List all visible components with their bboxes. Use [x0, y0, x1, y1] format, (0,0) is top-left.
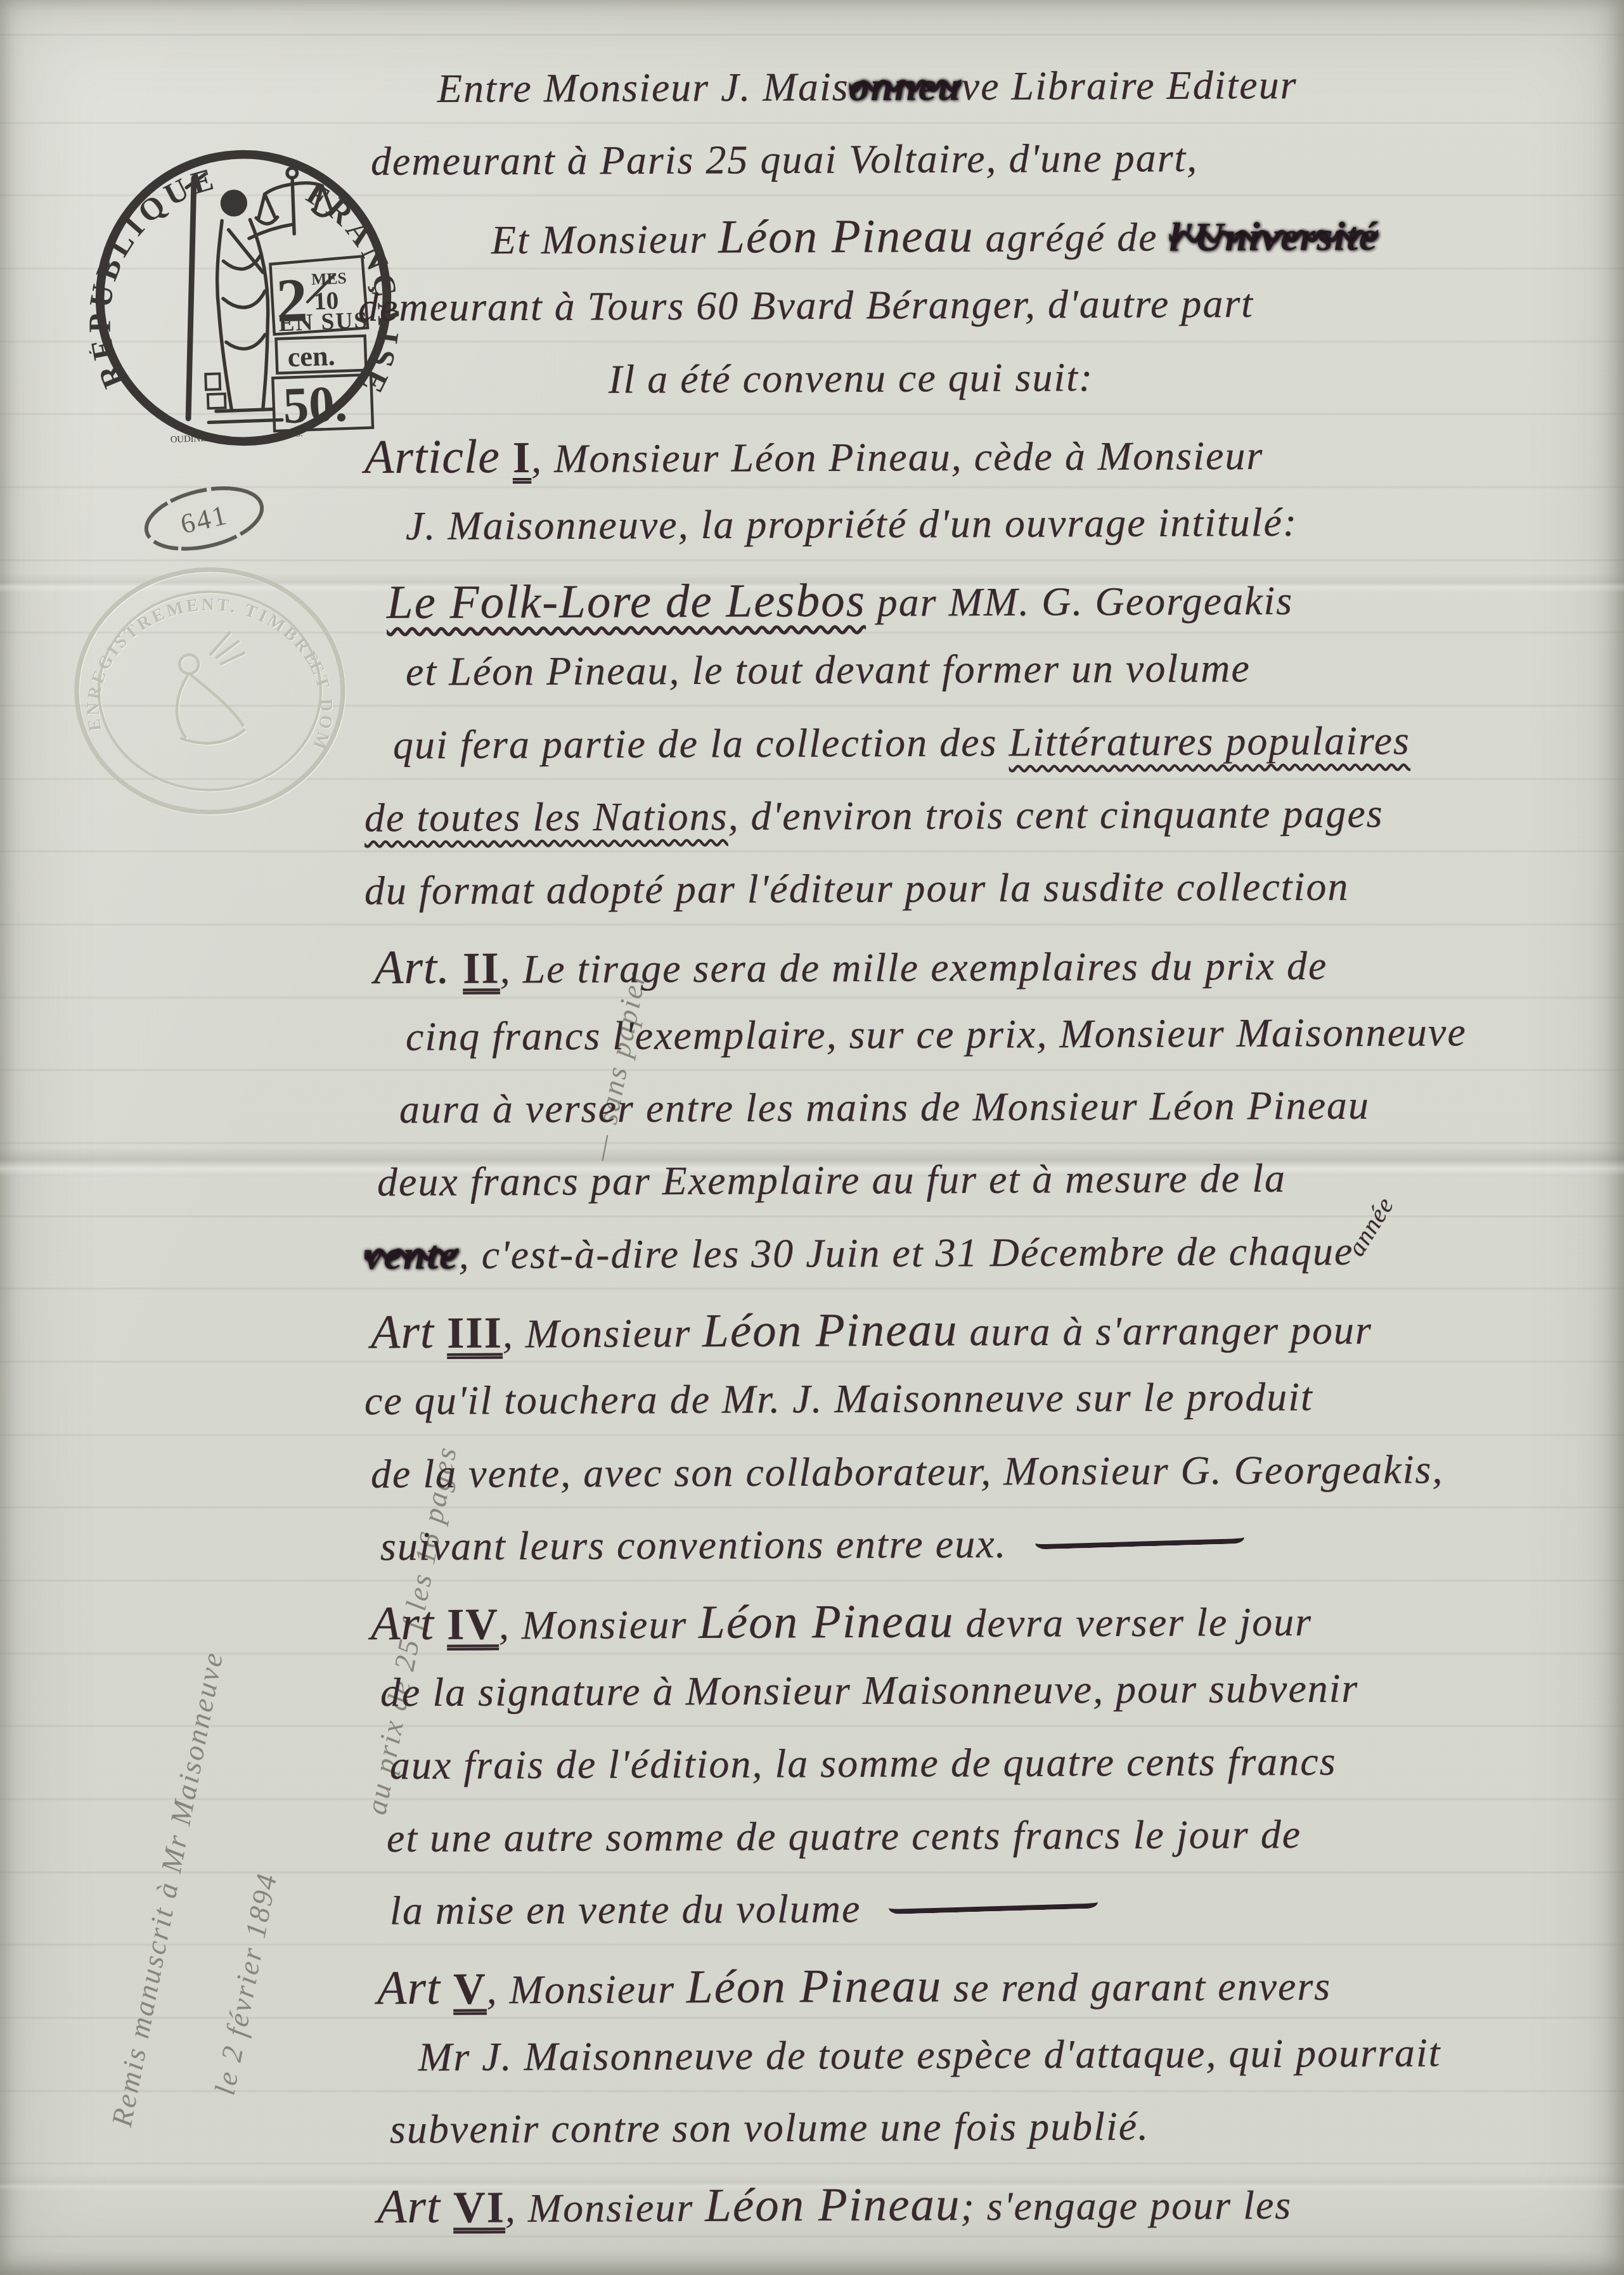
manuscript-text: et Léon Pineau, le tout devant former un… [406, 645, 1251, 694]
manuscript-text: suivant leurs conventions entre eux. [380, 1521, 1019, 1569]
manuscript-text: VI [453, 2183, 505, 2232]
manuscript-text: Léon Pineau [718, 210, 974, 264]
manuscript-text: Léon Pineau [702, 1303, 958, 1357]
svg-text:ENREGISTREMENT. TIMBRE E: ENREGISTREMENT. TIMBRE ET DOMAINES [61, 558, 336, 754]
manuscript-line: Art III, Monsieur Léon Pineau aura à s'a… [371, 1301, 1372, 1360]
stamp-value-sup: MES [311, 269, 347, 288]
manuscript-line: la mise en vente du volume [390, 1885, 1099, 1935]
manuscript-text: de la signature à Monsieur Maisonneuve, … [380, 1666, 1359, 1715]
manuscript-text: IV [447, 1600, 499, 1649]
manuscript-line: cinq francs l'exemplaire, sur ce prix, M… [406, 1009, 1467, 1060]
manuscript-text: Et Monsieur [491, 216, 718, 262]
manuscript-text: ve Libraire Editeur [962, 62, 1298, 108]
manuscript-page: RÉPUBLIQUE FRANÇAISE 2 MES 10 EN SUS cen… [0, 0, 1624, 2275]
manuscript-text: agrégé de [974, 214, 1169, 260]
manuscript-text: aura à verser entre les mains de Monsieu… [399, 1083, 1370, 1132]
manuscript-text: qui fera partie de la collection des [393, 719, 1009, 767]
manuscript-text: Littératures populaires [1009, 718, 1410, 764]
manuscript-text: III [447, 1309, 503, 1358]
manuscript-line: et une autre somme de quatre cents franc… [387, 1811, 1301, 1862]
manuscript-text: , Monsieur Léon Pineau, cède à Monsieur [531, 433, 1263, 481]
manuscript-text: la mise en vente du volume [390, 1886, 873, 1933]
manuscript-text: l'Université [1169, 214, 1378, 259]
manuscript-line: du format adopté par l'éditeur pour la s… [364, 863, 1350, 915]
manuscript-line: Art. II, Le tirage sera de mille exempla… [374, 936, 1328, 996]
manuscript-line: de toutes les Nations, d'environ trois c… [364, 790, 1384, 841]
manuscript-text: , Monsieur [487, 1966, 687, 2012]
manuscript-text: Mr J. Maisonneuve de toute espèce d'atta… [418, 2030, 1441, 2079]
manuscript-text: Art [377, 2180, 453, 2234]
manuscript-line: Entre Monsieur J. Maisonneuve Libraire E… [437, 61, 1298, 112]
manuscript-line: Mr J. Maisonneuve de toute espèce d'atta… [418, 2029, 1441, 2080]
manuscript-text: , c'est-à-dire les 30 Juin et 31 Décembr… [458, 1228, 1365, 1277]
manuscript-line: de la signature à Monsieur Maisonneuve, … [380, 1665, 1359, 1717]
manuscript-text: Art [371, 1305, 447, 1359]
manuscript-text: , Le tirage sera de mille exemplaires du… [499, 943, 1327, 992]
manuscript-text: Léon Pineau [699, 1595, 955, 1649]
flourish-dash [1034, 1531, 1244, 1549]
manuscript-text: II [463, 944, 500, 993]
manuscript-line: et Léon Pineau, le tout devant former un… [406, 645, 1251, 695]
manuscript-text: Léon Pineau [705, 2178, 961, 2232]
manuscript-text: par MM. G. Georgeakis [866, 578, 1294, 625]
flourish-dash [889, 1896, 1098, 1914]
manuscript-line: deux francs par Exemplaire au fur et à m… [377, 1155, 1286, 1206]
manuscript-line: Le Folk-Lore de Lesbos par MM. G. George… [387, 572, 1294, 630]
manuscript-text: V [453, 1965, 487, 2014]
manuscript-text: aux frais de l'édition, la somme de quat… [390, 1739, 1337, 1788]
manuscript-text: vente [364, 1232, 459, 1278]
manuscript-text: demeurant à Paris 25 quai Voltaire, d'un… [371, 135, 1199, 184]
manuscript-text: , d'environ trois cent cinquante pages [728, 790, 1383, 839]
manuscript-text: Art. [374, 941, 463, 995]
manuscript-line: suivant leurs conventions entre eux. [380, 1519, 1244, 1570]
manuscript-text: demeurant à Tours 60 Bvard Béranger, d'a… [358, 281, 1254, 330]
manuscript-line: demeurant à Paris 25 quai Voltaire, d'un… [371, 134, 1199, 185]
stamp-ring-left-text: RÉPUBLIQUE [82, 160, 228, 394]
manuscript-text: Le Folk-Lore de Lesbos [387, 574, 866, 629]
revenue-stamp: RÉPUBLIQUE FRANÇAISE 2 MES 10 EN SUS cen… [82, 129, 405, 467]
manuscript-text: Il a été convenu ce qui suit: [609, 354, 1094, 401]
manuscript-text: Entre Monsieur J. Mais [437, 64, 849, 111]
stamp-value-mid: EN SUS [278, 307, 369, 337]
manuscript-text: devra verser le jour [954, 1599, 1312, 1646]
manuscript-line: Article I, Monsieur Léon Pineau, cède à … [364, 426, 1264, 485]
manuscript-text: onneu [849, 63, 961, 109]
manuscript-line: ce qu'il touchera de Mr. J. Maisonneuve … [364, 1374, 1313, 1425]
manuscript-text: , Monsieur [499, 1602, 699, 1647]
stamp-value-unit: cen. [287, 340, 336, 373]
manuscript-text: aura à s'arranger pour [958, 1308, 1372, 1355]
stamp-engraver-left: OUDINE [170, 434, 206, 445]
manuscript-text: et une autre somme de quatre cents franc… [387, 1812, 1301, 1860]
manuscript-text: cinq francs l'exemplaire, sur ce prix, M… [406, 1009, 1467, 1059]
manuscript-line: aux frais de l'édition, la somme de quat… [390, 1738, 1337, 1789]
manuscript-text: subvenir contre son volume une fois publ… [390, 2103, 1149, 2151]
manuscript-text: de toutes les Nations [364, 794, 728, 841]
manuscript-line: vente, c'est-à-dire les 30 Juin et 31 Dé… [364, 1227, 1429, 1279]
manuscript-text: année [1341, 1192, 1400, 1261]
manuscript-line: demeurant à Tours 60 Bvard Béranger, d'a… [358, 280, 1254, 331]
manuscript-text: ce qu'il touchera de Mr. J. Maisonneuve … [364, 1374, 1313, 1424]
manuscript-line: aura à verser entre les mains de Monsieu… [399, 1082, 1370, 1133]
seated-figure-icon [177, 632, 245, 744]
stamp-value-amount: 50. [282, 375, 349, 434]
manuscript-text: de la vente, avec son collaborateur, Mon… [371, 1447, 1444, 1496]
manuscript-text: ; s'engage pour les [960, 2182, 1292, 2229]
manuscript-text: I [513, 434, 532, 482]
manuscript-text: du format adopté par l'éditeur pour la s… [364, 864, 1350, 913]
control-number: 641 [177, 499, 231, 540]
manuscript-line: Art IV, Monsieur Léon Pineau devra verse… [371, 1592, 1312, 1651]
manuscript-line: Art VI, Monsieur Léon Pineau; s'engage p… [377, 2175, 1292, 2234]
manuscript-text: se rend garant envers [942, 1964, 1331, 2011]
stamp-engraver-right: DESS. [279, 429, 303, 439]
manuscript-text: , Monsieur [503, 1310, 703, 1356]
manuscript-line: Et Monsieur Léon Pineau agrégé de l'Univ… [491, 207, 1379, 266]
control-number-stamp: 641 [135, 472, 273, 565]
manuscript-line: qui fera partie de la collection des Lit… [393, 717, 1410, 768]
manuscript-text: Art [377, 1961, 453, 2015]
seal-ring-text: ENREGISTREMENT. TIMBRE [84, 595, 324, 733]
manuscript-text: Article [364, 430, 513, 484]
manuscript-text: Art [371, 1597, 447, 1651]
manuscript-line: J. Maisonneuve, la propriété d'un ouvrag… [406, 499, 1298, 550]
manuscript-line: subvenir contre son volume une fois publ… [390, 2103, 1149, 2153]
manuscript-line: Il a été convenu ce qui suit: [609, 354, 1094, 403]
manuscript-line: de la vente, avec son collaborateur, Mon… [371, 1446, 1444, 1497]
manuscript-text: J. Maisonneuve, la propriété d'un ouvrag… [406, 499, 1298, 548]
manuscript-line: Art V, Monsieur Léon Pineau se rend gara… [377, 1957, 1332, 2016]
manuscript-text: deux francs par Exemplaire au fur et à m… [377, 1156, 1286, 1204]
embossed-seal: ENREGISTREMENT. TIMBRE ET DOMAINES [61, 558, 359, 824]
manuscript-text: , Monsieur [505, 2185, 706, 2231]
manuscript-text: Léon Pineau [686, 1959, 943, 2013]
